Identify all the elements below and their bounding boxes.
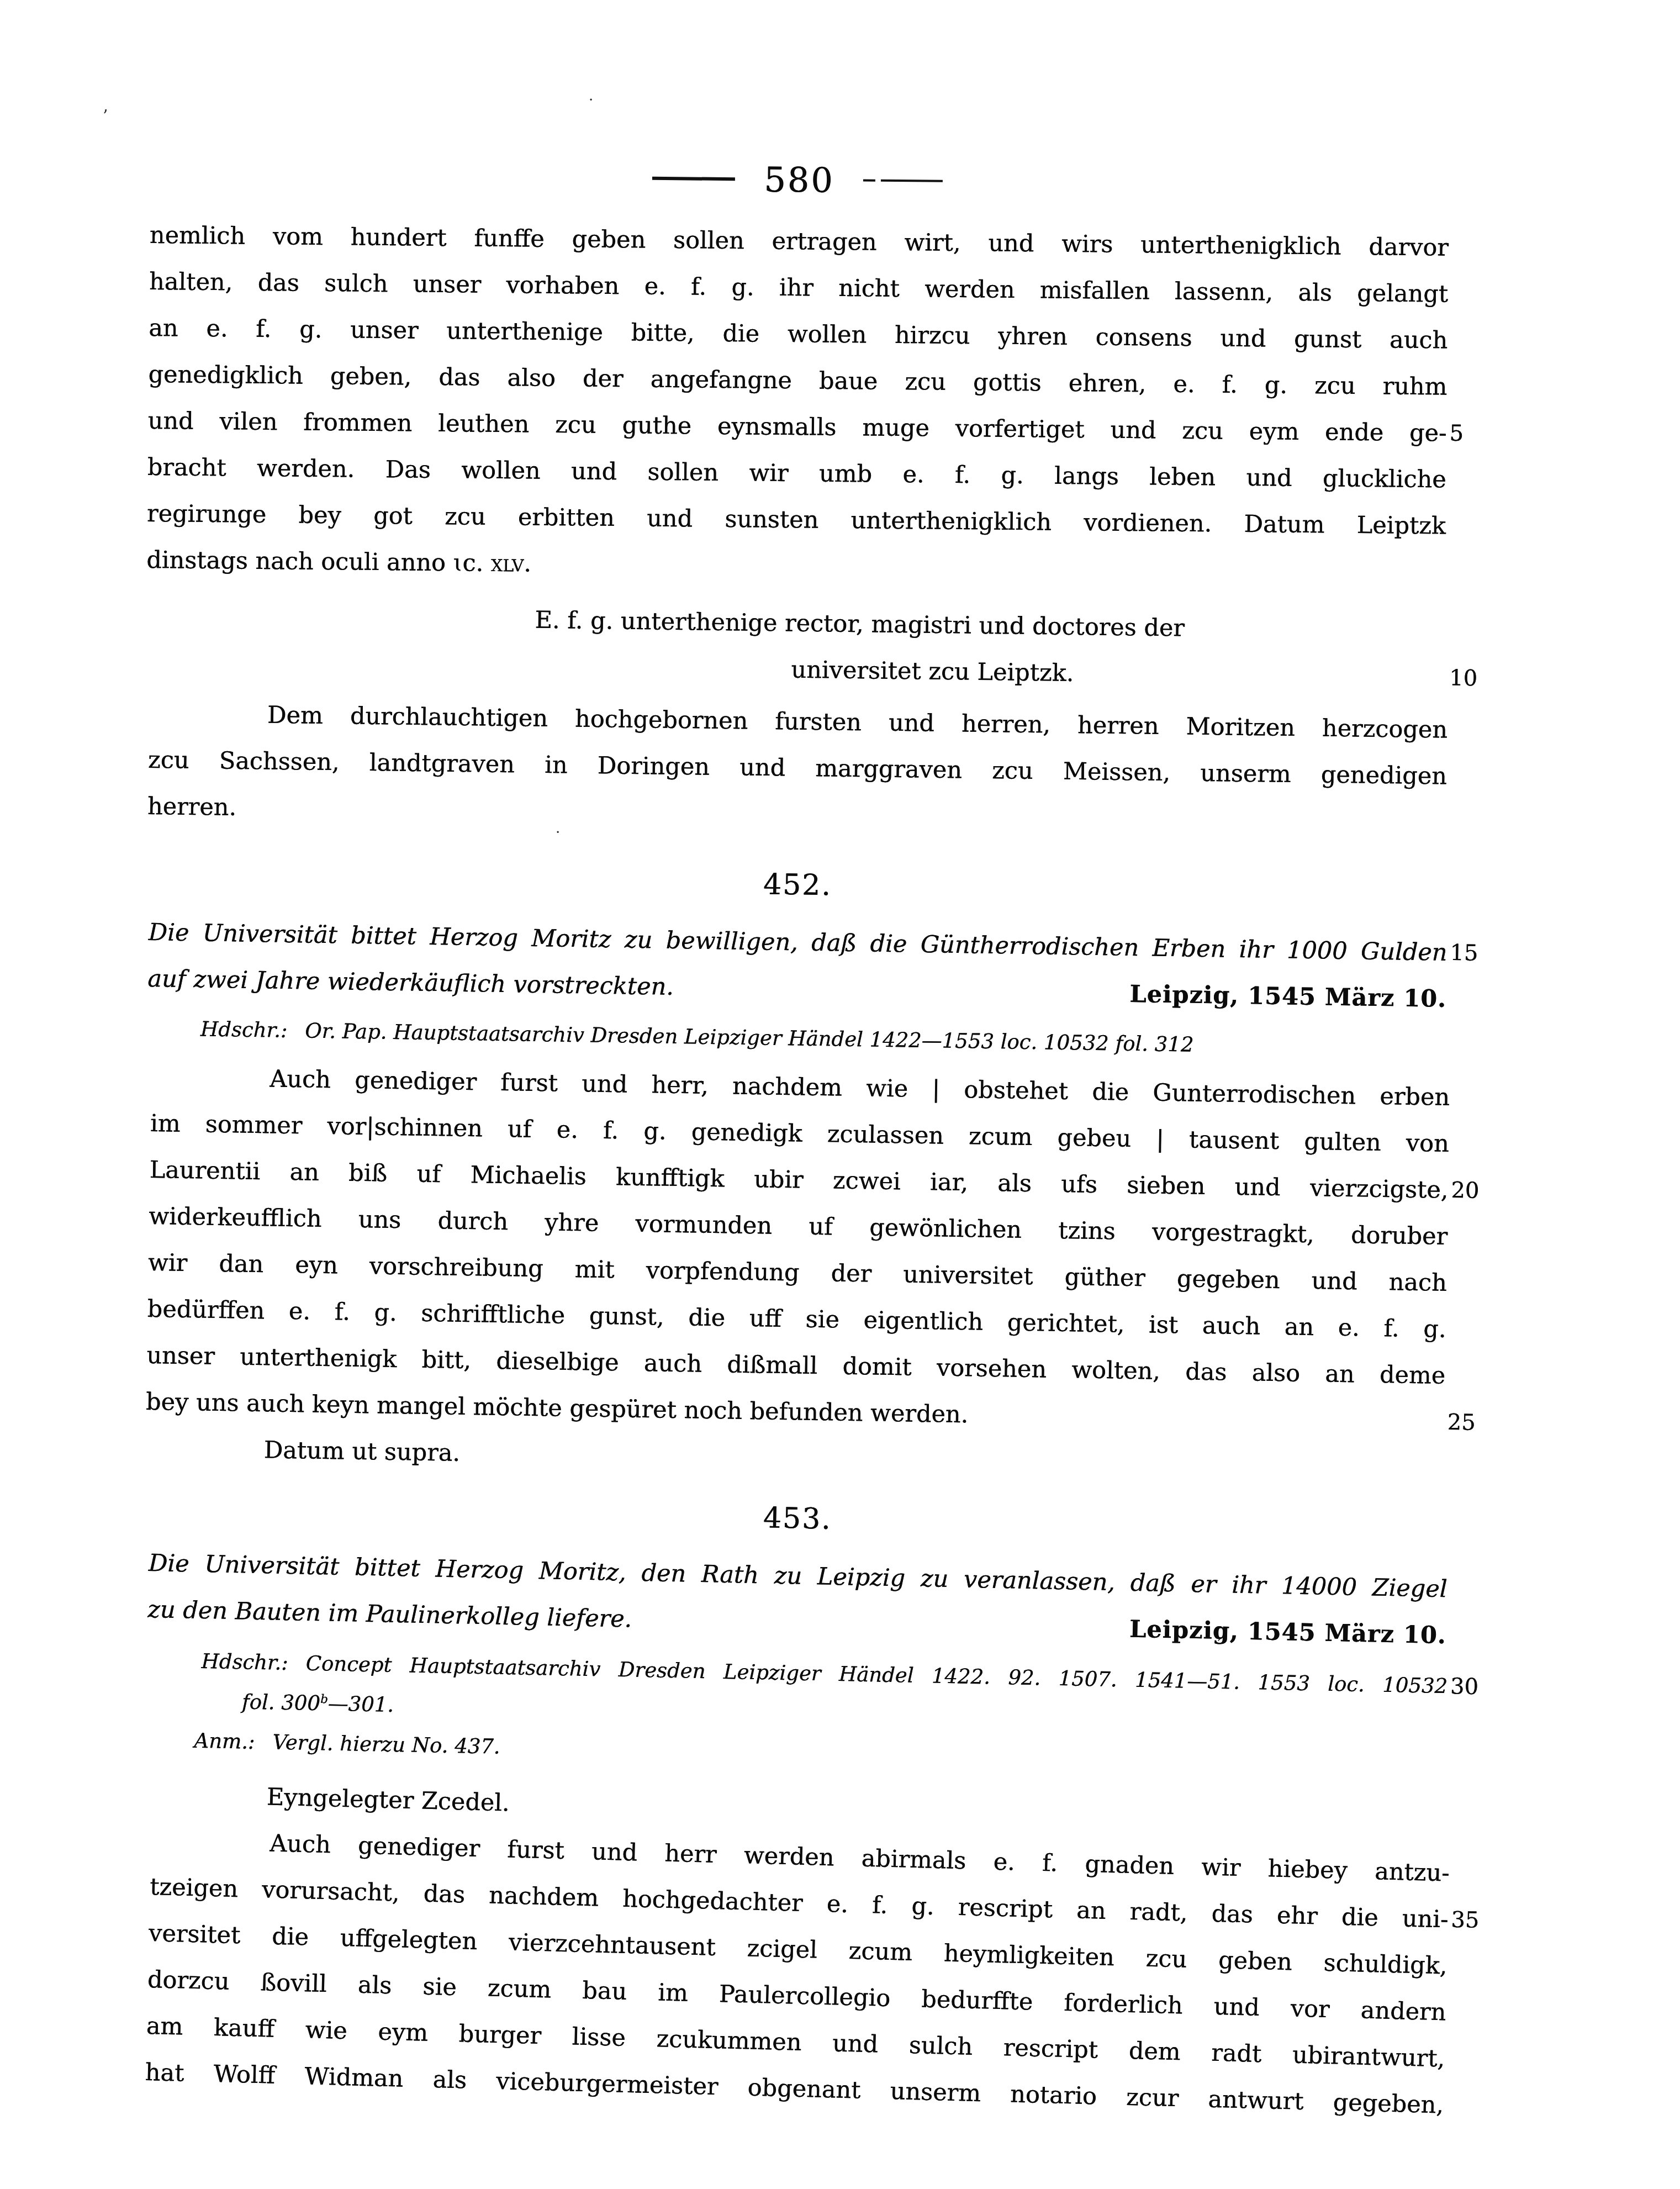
summary-text: auf zwei Jahre wiederkäuflich vorstreckt… — [147, 956, 674, 1010]
anm-label: Anm.: — [194, 1729, 255, 1754]
paragraph-continuation: nemlich vom hundert funffe geben sollen … — [146, 212, 1449, 596]
page-header: 580 — [148, 150, 1447, 209]
line-text: dinstags nach oculi anno ɩc. — [146, 546, 491, 577]
place-date: Leipzig, 1545 März 10. — [1129, 971, 1447, 1022]
roman-numeral-year: xlv. — [491, 550, 532, 578]
hdschr-label: Hdschr.: — [200, 1017, 288, 1042]
scan-artifact: ’ — [103, 108, 108, 125]
page-number: 580 — [735, 159, 863, 201]
anm-text: Vergl. hierzu No. 437. — [272, 1731, 500, 1759]
margin-line-number-30: 30 — [1450, 1666, 1503, 1707]
margin-line-number-15: 15 — [1450, 930, 1503, 977]
document-number-452: 452. — [147, 852, 1447, 919]
margin-line-number-10: 10 — [1449, 655, 1502, 702]
folio-superscript: b — [320, 1692, 328, 1706]
margin-line-number-5: 5 — [1449, 410, 1502, 457]
header-rule-right-short — [863, 179, 875, 181]
margin-line-number-20: 20 — [1451, 1167, 1504, 1214]
hdschr-label: Hdschr.: — [201, 1649, 288, 1675]
text-column: 580 nemlich vom hundert funffe geben sol… — [148, 0, 1447, 2096]
line-text: bey uns auch keyn mangel möchte gespüret… — [146, 1388, 969, 1428]
document-453-zettel-body: Auch genediger furst und herr werden abi… — [145, 1817, 1450, 2128]
header-rule-right-long — [881, 180, 943, 182]
address-block: Dem durchlauchtigen hochgebornen fursten… — [147, 690, 1447, 846]
document-453-summary: Die Universität bittet Herzog Moritz, de… — [147, 1540, 1447, 1659]
document-453-source-note: Hdschr.:Concept Hauptstaatsarchiv Dresde… — [147, 1641, 1448, 1786]
margin-line-number-35: 35 — [1450, 1897, 1504, 1944]
folio-text: fol. 300 — [242, 1690, 321, 1715]
folio-text: —301. — [327, 1692, 394, 1717]
line-text: universitet zcu Leiptzk. — [791, 656, 1074, 687]
margin-line-number-25: 25 — [1447, 1399, 1500, 1446]
scanned-book-page: ’ · · ˊ 580 nemlich vom hundert funffe g… — [0, 0, 1680, 2189]
document-452-summary: Die Universität bittet Herzog Moritz zu … — [147, 909, 1447, 1022]
hdschr-text: Or. Pap. Hauptstaatsarchiv Dresden Leipz… — [305, 1019, 1194, 1056]
header-rule-left — [652, 177, 735, 181]
place-date: Leipzig, 1545 März 10. — [1129, 1606, 1446, 1659]
summary-text: zu den Bauten im Paulinerkolleg liefere. — [147, 1586, 632, 1643]
signature-block: E. f. g. unterthenige rector, magistri u… — [147, 592, 1447, 701]
line-text: und vilen frommen leuthen zcu guthe eyns… — [147, 407, 1446, 447]
document-452-body: Auch genediger furst und herr, nachdem w… — [145, 1054, 1450, 1492]
